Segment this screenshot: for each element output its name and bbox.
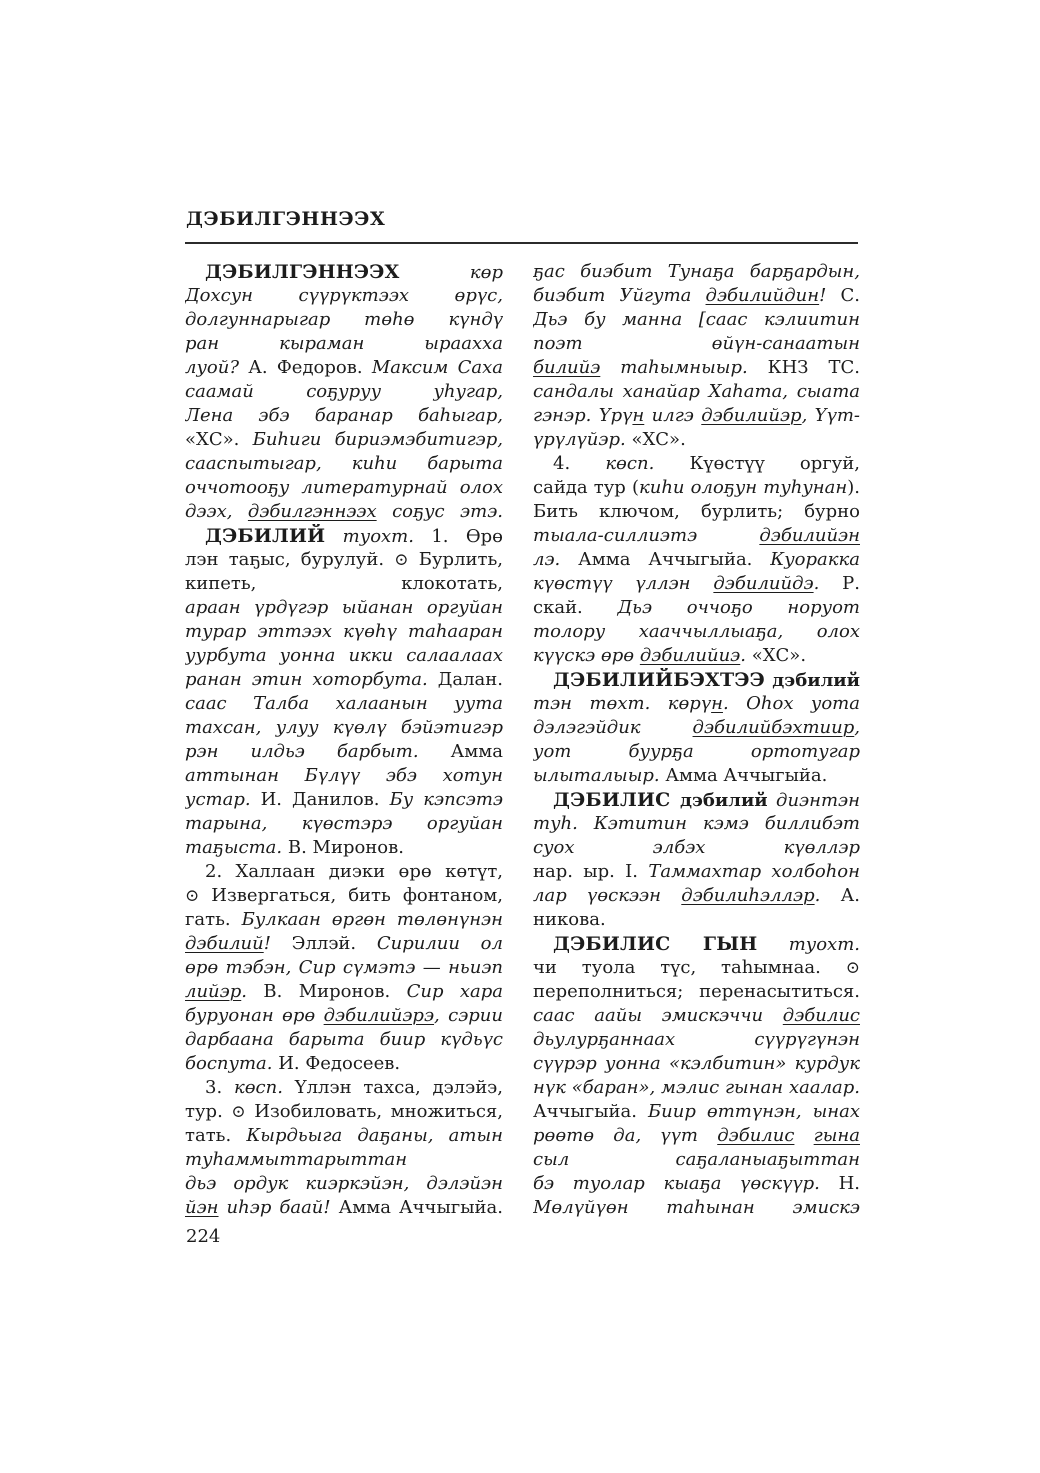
text-segment: йэн [185, 1197, 219, 1218]
text-line: никова. [533, 908, 860, 932]
text-segment: ран кыраман ыраахха кыйдыыры [185, 333, 503, 356]
text-line: тур. ⊙ Изобиловать, множиться, нарас- [185, 1100, 503, 1124]
text-columns: ДЭБИЛГЭННЭЭХ көр дэбилгэн.Дохсун сүүрүкт… [185, 260, 860, 1220]
text-segment: И. Данилов. [261, 789, 390, 810]
text-line: переполниться; перенасытиться. Ол үрэх [533, 980, 860, 1004]
text-line: аттынан Бүлүү эбэ хотун дэбилийэ [185, 764, 503, 788]
running-header: ДЭБИЛГЭННЭЭХ [186, 208, 385, 230]
text-line: рөөтө да, үүт дэбилис гына түһэр, [533, 1124, 860, 1148]
text-segment: переполниться; перенасытиться. [533, 981, 860, 1002]
text-segment: Амма Аччыгыйа. [578, 549, 770, 570]
text-segment: «ХС». [185, 429, 253, 450]
text-line: «ХС». Биһиги бириэмэбитигэр, эдэр [185, 428, 503, 452]
text-segment: тур. [185, 1101, 231, 1122]
text-line: Дьэ бу манна [саас кэлиитин хоһуйууга] [533, 308, 860, 332]
text-segment: сүүрэр уонна «кэлбитин» курдук дөбө [533, 1053, 860, 1076]
text-line: уот буурҕа ортотугар киирбэхтээн [533, 740, 860, 764]
text-segment: ! [819, 285, 840, 306]
text-line: чи туола түс, таһымнаа. ⊙ Внезапно [533, 956, 860, 980]
text-segment: дарбаана барыта биир күдьүс гына хол- [185, 1029, 503, 1052]
text-segment: дэбилиһэллэр [681, 885, 814, 906]
text-segment: таһымныыр. [600, 357, 767, 378]
text-line: бэ туолар кыаҕа үөскүүр. Н. Якутскай. [533, 1172, 860, 1196]
text-segment: дэбилий [680, 790, 768, 811]
text-line: тать. Кырдьыга даҕаны, атын дьон [185, 1124, 503, 1148]
text-line: тарына, күөстэрэ оргуйан дэбилийэн [185, 812, 503, 836]
text-segment: көсп. [605, 453, 689, 474]
text-line: толору хааччыллыаҕа, олох таһыма өссө [533, 620, 860, 644]
text-line: ылыталыыр. Амма Аччыгыйа. [533, 764, 860, 788]
text-segment: сайда тур ( [533, 477, 639, 498]
text-segment: Амма Аччыгыйа. [665, 765, 827, 786]
text-segment: ранан этин хоторбута. [185, 669, 438, 690]
headword: ДЭБИЛИС [553, 789, 680, 811]
text-segment: КНЗ ТС. [768, 357, 860, 378]
text-segment: . [815, 885, 841, 906]
text-segment: гына [814, 1125, 860, 1146]
translation-marker-icon: ⊙ [185, 886, 199, 906]
text-segment: рэн илдьэ барбыт. [185, 741, 451, 762]
text-line: 4. көсп. Күөстүү оргуй, тэтимнээхтик [533, 452, 860, 476]
text-segment: тахсан, улуу күөлү бэйэтигэр сүгүннэ- [185, 717, 503, 740]
translation-marker-icon: ⊙ [231, 1102, 245, 1122]
text-segment [794, 1125, 813, 1146]
text-segment: дэбилийэр [701, 405, 801, 426]
text-line: саас аайы эмискэччи дэбилис гынар, [533, 1004, 860, 1028]
text-segment: сандалы ханайар Хаһата, сыата тэл- [533, 381, 860, 404]
text-line: сайда тур (киһи олоҕун туһунан). ⊙ [533, 476, 860, 500]
text-segment: дэбилийэрэ [324, 1005, 434, 1026]
text-segment: ҕас биэбит Тунаҕа барҕардын, Улаан [533, 261, 860, 284]
text-line: үрүлүйэр. «ХС». [533, 428, 860, 452]
text-line: скай. Дьэ оччоҕо норуот наадыйыыта [533, 596, 860, 620]
text-line: күүскэ өрө дэбилийиэ. «ХС». [533, 644, 860, 668]
text-segment: Бить ключом, бурлить; бурно расти. [533, 501, 860, 524]
text-line: ДЭБИЛИЙБЭХТЭЭ дэбилий диэн- [533, 668, 860, 692]
text-line: турар эттээх күөһү таһааран дэпсэҕэ [185, 620, 503, 644]
text-segment: турар эттээх күөһү таһааран дэпсэҕэ [185, 621, 503, 644]
text-segment: дэбилийдин [706, 285, 820, 306]
text-segment: сыл саҕаланыаҕыттан эбэһээтэлисти- [533, 1149, 860, 1172]
text-segment: дэбилис [717, 1125, 794, 1146]
text-line: суох элбэх күөллэр дэбилиспиттэр. Саха [533, 836, 860, 860]
text-segment: араан үрдүгэр ыйанан оргуйан [185, 597, 503, 618]
text-line: сыл саҕаланыаҕыттан эбэһээтэлисти- [533, 1148, 860, 1172]
text-segment: чи туола түс, таһымнаа. [533, 957, 846, 978]
text-segment: тыала-силлиэтэ [533, 525, 759, 546]
text-segment: дэбилий [772, 670, 860, 691]
text-segment: саас аайы эмискэччи [533, 1005, 783, 1026]
text-segment: «ХС». [752, 645, 806, 666]
text-segment: уот буурҕа ортотугар киирбэхтээн [533, 741, 860, 764]
text-segment: Эллэй. [292, 933, 377, 954]
text-segment: билийэ [533, 357, 600, 378]
text-segment: Амма Аччыгыйа. [339, 1197, 503, 1218]
headword: ДЭБИЛИЙБЭХТЭЭ [553, 669, 772, 691]
text-line: дээх, дэбилгэннээх соҕус этэ. «Кыым». [185, 500, 503, 524]
text-line: 3. көсп. Үллэн тахса, дэлэйэ, элбии [185, 1076, 503, 1100]
text-segment: саас Талба халаанын уута [185, 693, 503, 714]
text-segment: тэн төхт. көрү [533, 693, 711, 714]
text-segment: биэбит Уйгута [533, 285, 706, 306]
text-segment: оччотооҕу литературнай олох мөккүөр- [185, 477, 503, 500]
text-line: луой? А. Федоров. Максим Саха сирин [185, 356, 503, 380]
text-segment: нүк «баран», мэлис гынан хаалар. [533, 1077, 860, 1098]
text-line: боспута. И. Федосеев. [185, 1052, 503, 1076]
text-line: биэбит Уйгута дэбилийдин! С. Васильев. [533, 284, 860, 308]
text-line: рэн илдьэ барбыт. Амма Аччыгыйа. Ол [185, 740, 503, 764]
text-segment: дьэ ордук киэркэйэн, дэлэйэн [185, 1173, 503, 1194]
text-segment: буруонан өрө [185, 1005, 324, 1026]
text-line: сүүрэр уонна «кэлбитин» курдук дөбөн- [533, 1052, 860, 1076]
page-number: 224 [186, 1226, 220, 1247]
text-line: күөстүү үллэн дэбилийдэ. Р. Кулаков- [533, 572, 860, 596]
text-segment: дэбилийдэ [713, 573, 813, 594]
text-line: долгуннарыгар төһө күндү баайы уһаа- [185, 308, 503, 332]
text-segment: боспута. [185, 1053, 278, 1074]
translation-marker-icon: ⊙ [846, 958, 860, 978]
text-line: нар. ыр. I. Таммахтар холбоһон муора- [533, 860, 860, 884]
text-segment: Далан. [438, 669, 503, 690]
text-segment: ). [847, 477, 860, 498]
text-line: тыала-силлиэтэ дэбилийэн тиийэн кэл- [533, 524, 860, 548]
text-segment: лэн таҕыс, бурулуй. [185, 549, 394, 570]
headword: ДЭБИЛИС ГЫН [553, 933, 757, 955]
text-segment: үрүлүйэр. [533, 429, 631, 450]
text-segment: Мөлүйүөн таһынан эмискэ [533, 1197, 860, 1218]
text-line: таҕыста. В. Миронов. [185, 836, 503, 860]
text-segment: дэбилийиэ [640, 645, 740, 666]
text-segment: Дохсун сүүрүктээх өрүс, [185, 285, 503, 306]
text-line: туһ. Кэтитин кэмэ биллибэт Кэмэ [533, 812, 860, 836]
text-line: Лена эбэ баранар баһыгар, үөскээбитэ. [185, 404, 503, 428]
headword: ДЭБИЛИЙ [205, 525, 325, 547]
text-segment: 3. [205, 1077, 234, 1098]
text-segment: көсп. [234, 1077, 295, 1098]
text-segment: дэбилийэн [759, 525, 860, 546]
text-segment: лар үөскээн [533, 885, 681, 906]
text-segment: дэбилий [185, 933, 264, 954]
text-segment: рөөтө да, үүт [533, 1125, 717, 1146]
text-segment: н [711, 693, 723, 714]
text-line: Бить ключом, бурлить; бурно расти. Олох [533, 500, 860, 524]
text-line: дьулурҕаннаах сүүрүгүнэн дьэргэһийэ [533, 1028, 860, 1052]
text-segment: Извергаться, бить фонтаном, изры- [185, 885, 503, 908]
text-segment: соҕус этэ. [377, 501, 503, 522]
text-segment: долгуннарыгар төһө күндү баайы уһаа- [185, 309, 503, 332]
text-segment: луой? [185, 357, 248, 378]
column-left: ДЭБИЛГЭННЭЭХ көр дэбилгэн.Дохсун сүүрүкт… [185, 260, 503, 1220]
text-segment: бэ туолар кыаҕа үөскүүр. [533, 1173, 839, 1194]
text-line: Дохсун сүүрүктээх өрүс, дэбилгэннээх [185, 284, 503, 308]
text-line: Аччыгыйа. Биир өттүнэн, ынах тө- [533, 1100, 860, 1124]
text-segment: күүскэ өрө [533, 645, 640, 666]
text-segment: кипеть, клокотать, переполняться. [185, 573, 503, 596]
text-line: устар. И. Данилов. Бу кэпсэтэ турдах- [185, 788, 503, 812]
text-line: дэбилий! Эллэй. Сирилии ол онтон, [185, 932, 503, 956]
text-segment: күөстүү үллэн [533, 573, 713, 594]
text-segment: киһи олоҕун туһунан [639, 477, 847, 498]
text-line: поэт өйүн-санаатын оонньооһуна дэ- [533, 332, 860, 356]
text-segment: И. Федосеев. [278, 1053, 400, 1074]
text-segment: никова. [533, 909, 606, 930]
text-line: сандалы ханайар Хаһата, сыата тэл- [533, 380, 860, 404]
text-segment: көр [400, 262, 504, 283]
text-segment: Аччыгыйа. [533, 1101, 648, 1122]
column-right: ҕас биэбит Тунаҕа барҕардын, Улаанбиэбит… [533, 260, 860, 1220]
text-line: ранан этин хоторбута. Далан. Биир [185, 668, 503, 692]
text-segment: Дьэ бу манна [саас кэлиитин хоһуйууга] [533, 309, 860, 332]
text-segment: гэнэр. Үрү [533, 405, 632, 426]
text-line: уурбута уонна икки салаалаах мас ата- [185, 644, 503, 668]
text-line: 2. Халлаан диэки өрө көтүт, төлө биэр. [185, 860, 503, 884]
text-line: лийэр. В. Миронов. Сир хара буорунан, [185, 980, 503, 1004]
text-segment: таҕыста. [185, 837, 288, 858]
dictionary-page: ДЭБИЛГЭННЭЭХ ДЭБИЛГЭННЭЭХ көр дэбилгэн.Д… [0, 0, 1040, 1473]
text-segment: В. Миронов. [288, 837, 404, 858]
text-line: ДЭБИЛИС ГЫН туохт. Эмискэч- [533, 932, 860, 956]
text-line: дэлэгэйдик дэбилийбэхтиир, оҕонньор [533, 716, 860, 740]
text-line: саас Талба халаанын уута дэбилийэн [185, 692, 503, 716]
text-line: сааспытыгар, киһи барыта билэринэн, [185, 452, 503, 476]
text-segment: 4. [553, 453, 605, 474]
text-segment: ! [264, 933, 292, 954]
text-segment: дэбилгэннээх [248, 501, 377, 522]
header-divider [185, 242, 858, 244]
text-segment: гать. [185, 909, 242, 930]
text-segment: . [740, 645, 751, 666]
text-line: туһаммыттарыттан көҕүрээбэт, хата [185, 1148, 503, 1172]
text-segment: А. Федоров. [248, 357, 372, 378]
text-line: ⊙ Извергаться, бить фонтаном, изры- [185, 884, 503, 908]
text-line: гать. Булкаан өргөн төлөнүнэн үлтү [185, 908, 503, 932]
text-segment: саамай соҕуруу уһугар, [185, 381, 503, 402]
text-segment: 2. Халлаан диэки өрө көтүт, төлө биэр. [185, 861, 503, 884]
text-segment: ылыталыыр. [533, 765, 665, 786]
text-segment: дэбилис [783, 1005, 860, 1026]
text-line: гэнэр. Үрүн илгэ дэбилийэр, Үүт-сүөгэй [533, 404, 860, 428]
text-line: өрө тэбэн, Сир сүмэтэ — ньиэп дэби- [185, 956, 503, 980]
text-line: йэн иһэр баай! Амма Аччыгыйа. Тура- [185, 1196, 503, 1220]
text-segment: лийэр [185, 981, 241, 1002]
text-line: нүк «баран», мэлис гынан хаалар. Амма [533, 1076, 860, 1100]
translation-marker-icon: ⊙ [394, 550, 408, 570]
text-segment: илгэ [644, 405, 701, 426]
text-segment: туохт. [325, 526, 431, 547]
text-segment: тарына, күөстэрэ оргуйан [185, 813, 503, 834]
text-segment: тать. [185, 1125, 246, 1146]
text-segment: В. Миронов. [263, 981, 406, 1002]
text-segment: Лена эбэ баранар баһыгар, үөскээбитэ. [185, 405, 503, 428]
text-segment: дэбилийбэхтиир [693, 717, 855, 738]
text-segment: дэлэгэйдик [533, 717, 693, 738]
text-segment: н [632, 405, 644, 426]
text-line: ҕас биэбит Тунаҕа барҕардын, Улаан [533, 260, 860, 284]
text-segment: уурбута уонна икки салаалаах мас ата- [185, 645, 503, 668]
text-segment: лэ. [533, 549, 578, 570]
text-line: тахсан, улуу күөлү бэйэтигэр сүгүннэ- [185, 716, 503, 740]
text-line: лэн таҕыс, бурулуй. ⊙ Бурлить, бурно [185, 548, 503, 572]
text-segment: дээх, [185, 501, 248, 522]
text-segment: иһэр баай! [219, 1197, 339, 1218]
text-segment: сааспытыгар, киһи барыта билэринэн, [185, 453, 503, 476]
text-segment: . [814, 573, 843, 594]
text-segment: дьулурҕаннаах сүүрүгүнэн дьэргэһийэ [533, 1029, 860, 1052]
text-line: саамай соҕуруу уһугар, дэбилгэннээх [185, 380, 503, 404]
text-segment: скай. [533, 597, 618, 618]
text-line: тэн төхт. көрүн. Оһох уота наһаа [533, 692, 860, 716]
text-segment: толору хааччыллыаҕа, олох таһыма өссө [533, 621, 860, 644]
text-line: дьэ ордук киэркэйэн, дэлэйэн дэбили- [185, 1172, 503, 1196]
text-segment: . [241, 981, 263, 1002]
text-line: лар үөскээн дэбилиһэллэр. А. Сыромят- [533, 884, 860, 908]
text-line: ДЭБИЛГЭННЭЭХ көр дэбилгэн. [185, 260, 503, 284]
text-segment: суох элбэх күөллэр [533, 837, 860, 858]
text-line: ран кыраман ыраахха кыйдыырын буо- [185, 332, 503, 356]
text-segment: нар. ыр. I. [533, 861, 648, 882]
text-segment: туһаммыттарыттан көҕүрээбэт, хата [185, 1149, 503, 1172]
text-line: лэ. Амма Аччыгыйа. Куоракка сана олох [533, 548, 860, 572]
text-segment: «ХС». [631, 429, 685, 450]
text-segment: туохт. [757, 934, 860, 955]
text-segment: туһ. Кэтитин кэмэ биллибэт Кэмэ [533, 813, 860, 836]
text-line: билийэ таһымныыр. КНЗ ТС. Халын [533, 356, 860, 380]
headword: ДЭБИЛГЭННЭЭХ [205, 261, 400, 283]
text-segment: устар. [185, 789, 261, 810]
text-line: кипеть, клокотать, переполняться. Даҕанч… [185, 572, 503, 596]
text-line: араан үрдүгэр ыйанан оргуйан дэбилийэ [185, 596, 503, 620]
text-segment: өрө тэбэн, Сир сүмэтэ — ньиэп [185, 957, 503, 978]
text-line: оччотооҕу литературнай олох мөккүөр- [185, 476, 503, 500]
text-line: Мөлүйүөн таһынан эмискэ дэбилис гына [533, 1196, 860, 1220]
text-line: дарбаана барыта биир күдьүс гына хол- [185, 1028, 503, 1052]
text-line: ДЭБИЛИЙ туохт. 1. Өрө үтэн, үл- [185, 524, 503, 548]
text-line: ДЭБИЛИС дэбилий диэнтэн холб. [533, 788, 860, 812]
text-segment: аттынан Бүлүү эбэ хотун [185, 765, 503, 786]
text-segment: поэт өйүн-санаатын оонньооһуна [533, 333, 860, 356]
text-line: буруонан өрө дэбилийэрэ, сэрии хабыр [185, 1004, 503, 1028]
